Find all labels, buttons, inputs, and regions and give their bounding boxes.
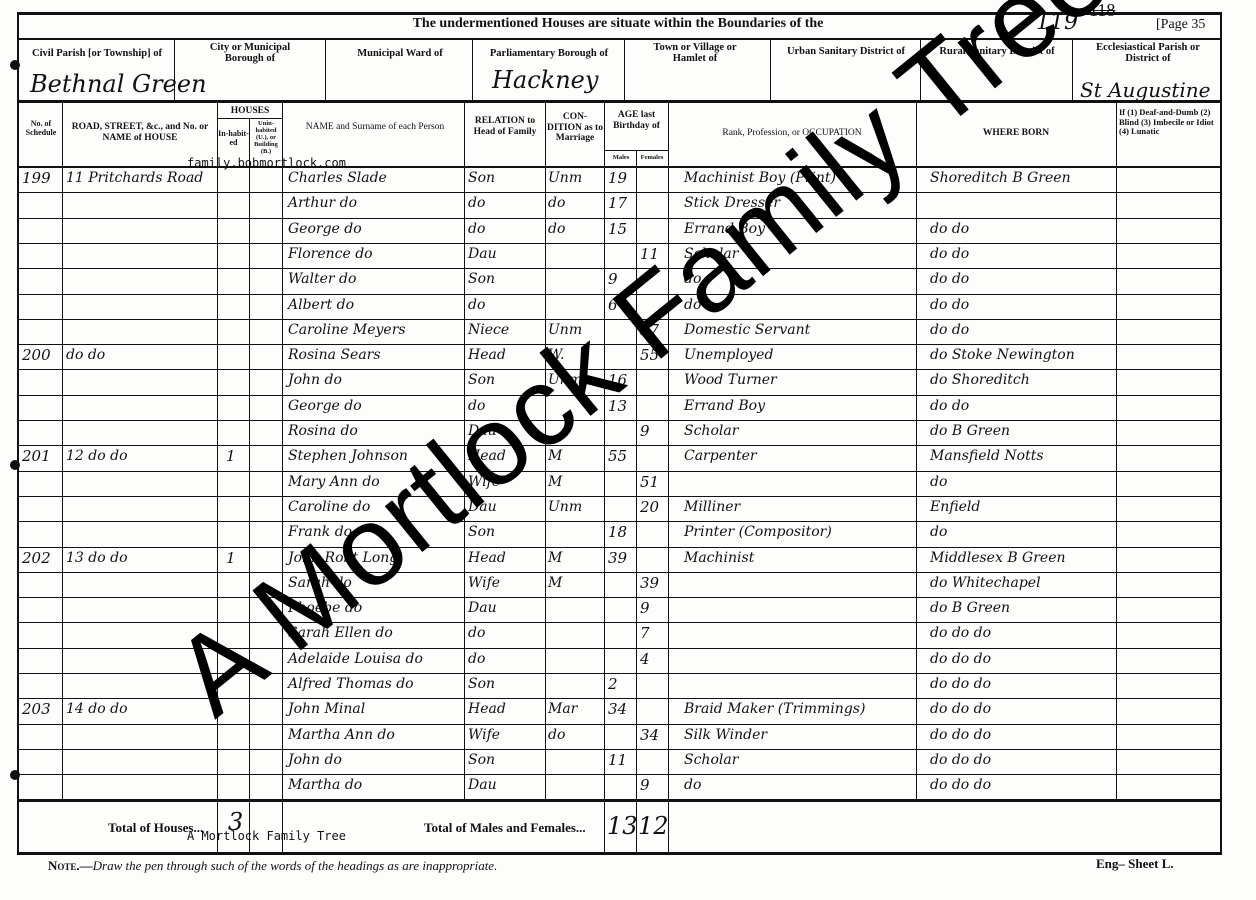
col-line: [62, 101, 63, 799]
cell-name: Walter do: [288, 268, 356, 291]
cell-born: Middlesex B Green: [930, 547, 1066, 570]
boundary-label-town: Town or Village or Hamlet of: [640, 42, 750, 64]
cell-occupation: Printer (Compositor): [684, 521, 832, 544]
cell-occupation: Silk Winder: [684, 724, 767, 747]
houses-subdivider: [218, 118, 282, 119]
binder-hole: [10, 460, 20, 470]
col-header-name: NAME and Surname of each Person: [290, 122, 460, 133]
boundary-label-ward: Municipal Ward of: [330, 48, 470, 59]
cell-male: 17: [608, 192, 627, 215]
cell-name: John do: [288, 369, 342, 392]
row-line: [19, 597, 1220, 598]
cell-born: do B Green: [930, 597, 1010, 620]
cell-occupation: do: [684, 774, 701, 797]
cell-schedule: 201: [22, 445, 51, 468]
total-males-value: 13: [607, 812, 638, 840]
row-line: [19, 445, 1220, 446]
cell-relation: Dau: [468, 243, 497, 266]
cell-female: 9: [640, 420, 650, 443]
cell-occupation: Milliner: [684, 496, 740, 519]
col-header-age: AGE last Birthday of: [605, 110, 668, 131]
boundary-divider: [472, 38, 473, 101]
cell-male: 34: [608, 698, 627, 721]
cell-female: 51: [640, 471, 659, 494]
cell-address: do do: [66, 344, 105, 367]
frame-right: [1220, 12, 1222, 855]
cell-born: do do: [930, 268, 969, 291]
cell-condition: do: [548, 192, 565, 215]
cell-relation: Niece: [468, 319, 509, 342]
cell-born: Shoreditch B Green: [930, 167, 1071, 190]
cell-born: do do: [930, 294, 969, 317]
total-females-value: 12: [638, 812, 669, 840]
cell-female: 4: [640, 648, 650, 671]
cell-relation: Son: [468, 673, 495, 696]
cell-born: do do do: [930, 622, 991, 645]
row-line: [19, 496, 1220, 497]
totals-top-line: [17, 799, 1222, 802]
cell-condition: do: [548, 724, 565, 747]
col-line: [217, 101, 218, 852]
cell-female: 20: [640, 496, 659, 519]
cell-address: 13 do do: [66, 547, 128, 570]
total-persons-label: Total of Males and Females...: [424, 820, 586, 836]
row-line: [19, 192, 1220, 193]
col-line: [1116, 101, 1117, 799]
cell-born: do do do: [930, 698, 991, 721]
frame-bottom: [17, 852, 1222, 855]
cell-born: do Stoke Newington: [930, 344, 1075, 367]
cell-condition: Mar: [548, 698, 577, 721]
row-line: [19, 218, 1220, 219]
row-line: [19, 774, 1220, 775]
cell-female: 34: [640, 724, 659, 747]
col-line: [668, 101, 669, 852]
row-line: [19, 547, 1220, 548]
cell-female: 9: [640, 597, 650, 620]
note-label: Note.—: [48, 858, 93, 873]
cell-name: Martha do: [288, 774, 362, 797]
cell-occupation: Wood Turner: [684, 369, 777, 392]
boundary-divider: [325, 38, 326, 101]
census-page: The undermentioned Houses are situate wi…: [0, 0, 1256, 900]
col-header-address: ROAD, STREET, &c., and No. or NAME of HO…: [64, 122, 216, 143]
cell-name: Florence do: [288, 243, 373, 266]
cell-schedule: 202: [22, 547, 51, 570]
cell-male: 11: [608, 749, 627, 772]
boundary-label-ecclesiastical: Ecclesiastical Parish or District of: [1078, 42, 1218, 64]
col-line: [604, 101, 605, 852]
cell-name: Caroline Meyers: [288, 319, 406, 342]
cell-occupation: Scholar: [684, 420, 738, 443]
cell-born: do do: [930, 319, 969, 342]
boundary-divider: [624, 38, 625, 101]
col-line: [249, 118, 250, 852]
col-header-uninhabited: Unin-habited (U.), or Building (B.): [250, 120, 282, 155]
cell-occupation: Braid Maker (Trimmings): [684, 698, 865, 721]
cell-born: do Whitechapel: [930, 572, 1041, 595]
cell-inhabited: 1: [226, 445, 236, 468]
col-header-houses: HOUSES: [218, 106, 282, 117]
cell-born: do do do: [930, 673, 991, 696]
note-text: Draw the pen through such of the words o…: [93, 858, 498, 873]
cell-name: Martha Ann do: [288, 724, 395, 747]
boundary-divider: [770, 38, 771, 101]
cell-born: do B Green: [930, 420, 1010, 443]
cell-name: George do: [288, 395, 362, 418]
boundary-value-ecclesiastical: St Augustine: [1080, 78, 1211, 102]
cell-born: do do do: [930, 648, 991, 671]
cell-born: do do do: [930, 724, 991, 747]
cell-name: Rosina Sears: [288, 344, 381, 367]
cell-relation: do: [468, 622, 485, 645]
age-subdivider: [605, 150, 668, 151]
cell-name: Rosina do: [288, 420, 358, 443]
cell-name: Charles Slade: [288, 167, 387, 190]
cell-condition: do: [548, 218, 565, 241]
cell-relation: Dau: [468, 774, 497, 797]
cell-name: John do: [288, 749, 342, 772]
cell-schedule: 200: [22, 344, 51, 367]
cell-name: John Minal: [288, 698, 365, 721]
cell-relation: Head: [468, 547, 506, 570]
cell-relation: do: [468, 218, 485, 241]
col-line: [916, 101, 917, 799]
cell-name: Albert do: [288, 294, 354, 317]
cell-condition: Unm: [548, 496, 582, 519]
cell-female: 7: [640, 622, 650, 645]
cell-relation: do: [468, 294, 485, 317]
row-line: [19, 724, 1220, 725]
cell-address: 14 do do: [66, 698, 128, 721]
row-line: [19, 749, 1220, 750]
col-header-females: Females: [637, 154, 667, 163]
cell-schedule: 203: [22, 698, 51, 721]
cell-relation: Son: [468, 749, 495, 772]
cell-male: 15: [608, 218, 627, 241]
col-header-males: Males: [606, 154, 636, 163]
cell-born: do: [930, 521, 947, 544]
boundary-label-civil-parish: Civil Parish [or Township] of: [20, 48, 174, 59]
col-line: [282, 101, 283, 852]
cell-born: do: [930, 471, 947, 494]
cell-female: 9: [640, 774, 650, 797]
col-header-schedule: No. of Schedule: [20, 120, 62, 137]
cell-born: Enfield: [930, 496, 980, 519]
cell-relation: Head: [468, 698, 506, 721]
cell-born: do Shoreditch: [930, 369, 1030, 392]
cell-male: 2: [608, 673, 618, 696]
row-line: [19, 572, 1220, 573]
watermark-small: A Mortlock Family Tree: [187, 829, 346, 843]
cell-occupation: Carpenter: [684, 445, 757, 468]
cell-born: do do do: [930, 774, 991, 797]
cell-address: 12 do do: [66, 445, 128, 468]
cell-condition: Unm: [548, 167, 582, 190]
cell-condition: M: [548, 572, 562, 595]
frame-left: [17, 12, 19, 855]
boundary-label-city: City or Municipal Borough of: [190, 42, 310, 64]
col-header-infirmity: If (1) Deaf-and-Dumb (2) Blind (3) Imbec…: [1119, 108, 1219, 137]
cell-female: 39: [640, 572, 659, 595]
cell-occupation: Scholar: [684, 749, 738, 772]
row-line: [19, 471, 1220, 472]
binder-hole: [10, 770, 20, 780]
cell-name: George do: [288, 218, 362, 241]
cell-born: do do: [930, 218, 969, 241]
cell-male: 19: [608, 167, 627, 190]
col-header-inhabited: In-habit-ed: [218, 130, 249, 147]
cell-relation: do: [468, 192, 485, 215]
cell-born: do do: [930, 243, 969, 266]
cell-male: 39: [608, 547, 627, 570]
col-header-condition: CON-DITION as to Marriage: [546, 112, 604, 144]
cell-schedule: 199: [22, 167, 51, 190]
row-line: [19, 521, 1220, 522]
cell-relation: Wife: [468, 724, 500, 747]
cell-relation: Dau: [468, 597, 497, 620]
row-line: [19, 243, 1220, 244]
cell-inhabited: 1: [226, 547, 236, 570]
cell-relation: Wife: [468, 572, 500, 595]
cell-born: do do: [930, 395, 969, 418]
cell-occupation: Machinist: [684, 547, 754, 570]
boundary-bottom-line: [17, 100, 1222, 103]
cell-born: do do do: [930, 749, 991, 772]
cell-condition: M: [548, 547, 562, 570]
cell-male: 55: [608, 445, 627, 468]
boundary-value-parliamentary: Hackney: [492, 66, 598, 94]
cell-occupation: Errand Boy: [684, 395, 765, 418]
boundary-label-parliamentary: Parliamentary Borough of: [476, 48, 622, 59]
cell-name: Arthur do: [288, 192, 357, 215]
boundary-value-civil-parish: Bethnal Green: [30, 70, 207, 98]
cell-address: 11 Pritchards Road: [66, 167, 203, 190]
cell-born: Mansfield Notts: [930, 445, 1044, 468]
page-label: [Page 35: [1156, 17, 1205, 33]
cell-relation: do: [468, 648, 485, 671]
col-header-relation: RELATION to Head of Family: [465, 116, 545, 137]
footer-note: Note.—Draw the pen through such of the w…: [48, 858, 497, 874]
cell-relation: Son: [468, 268, 495, 291]
cell-relation: Son: [468, 167, 495, 190]
sheet-label: Eng– Sheet L.: [1096, 856, 1174, 872]
cell-male: 18: [608, 521, 627, 544]
binder-hole: [10, 60, 20, 70]
